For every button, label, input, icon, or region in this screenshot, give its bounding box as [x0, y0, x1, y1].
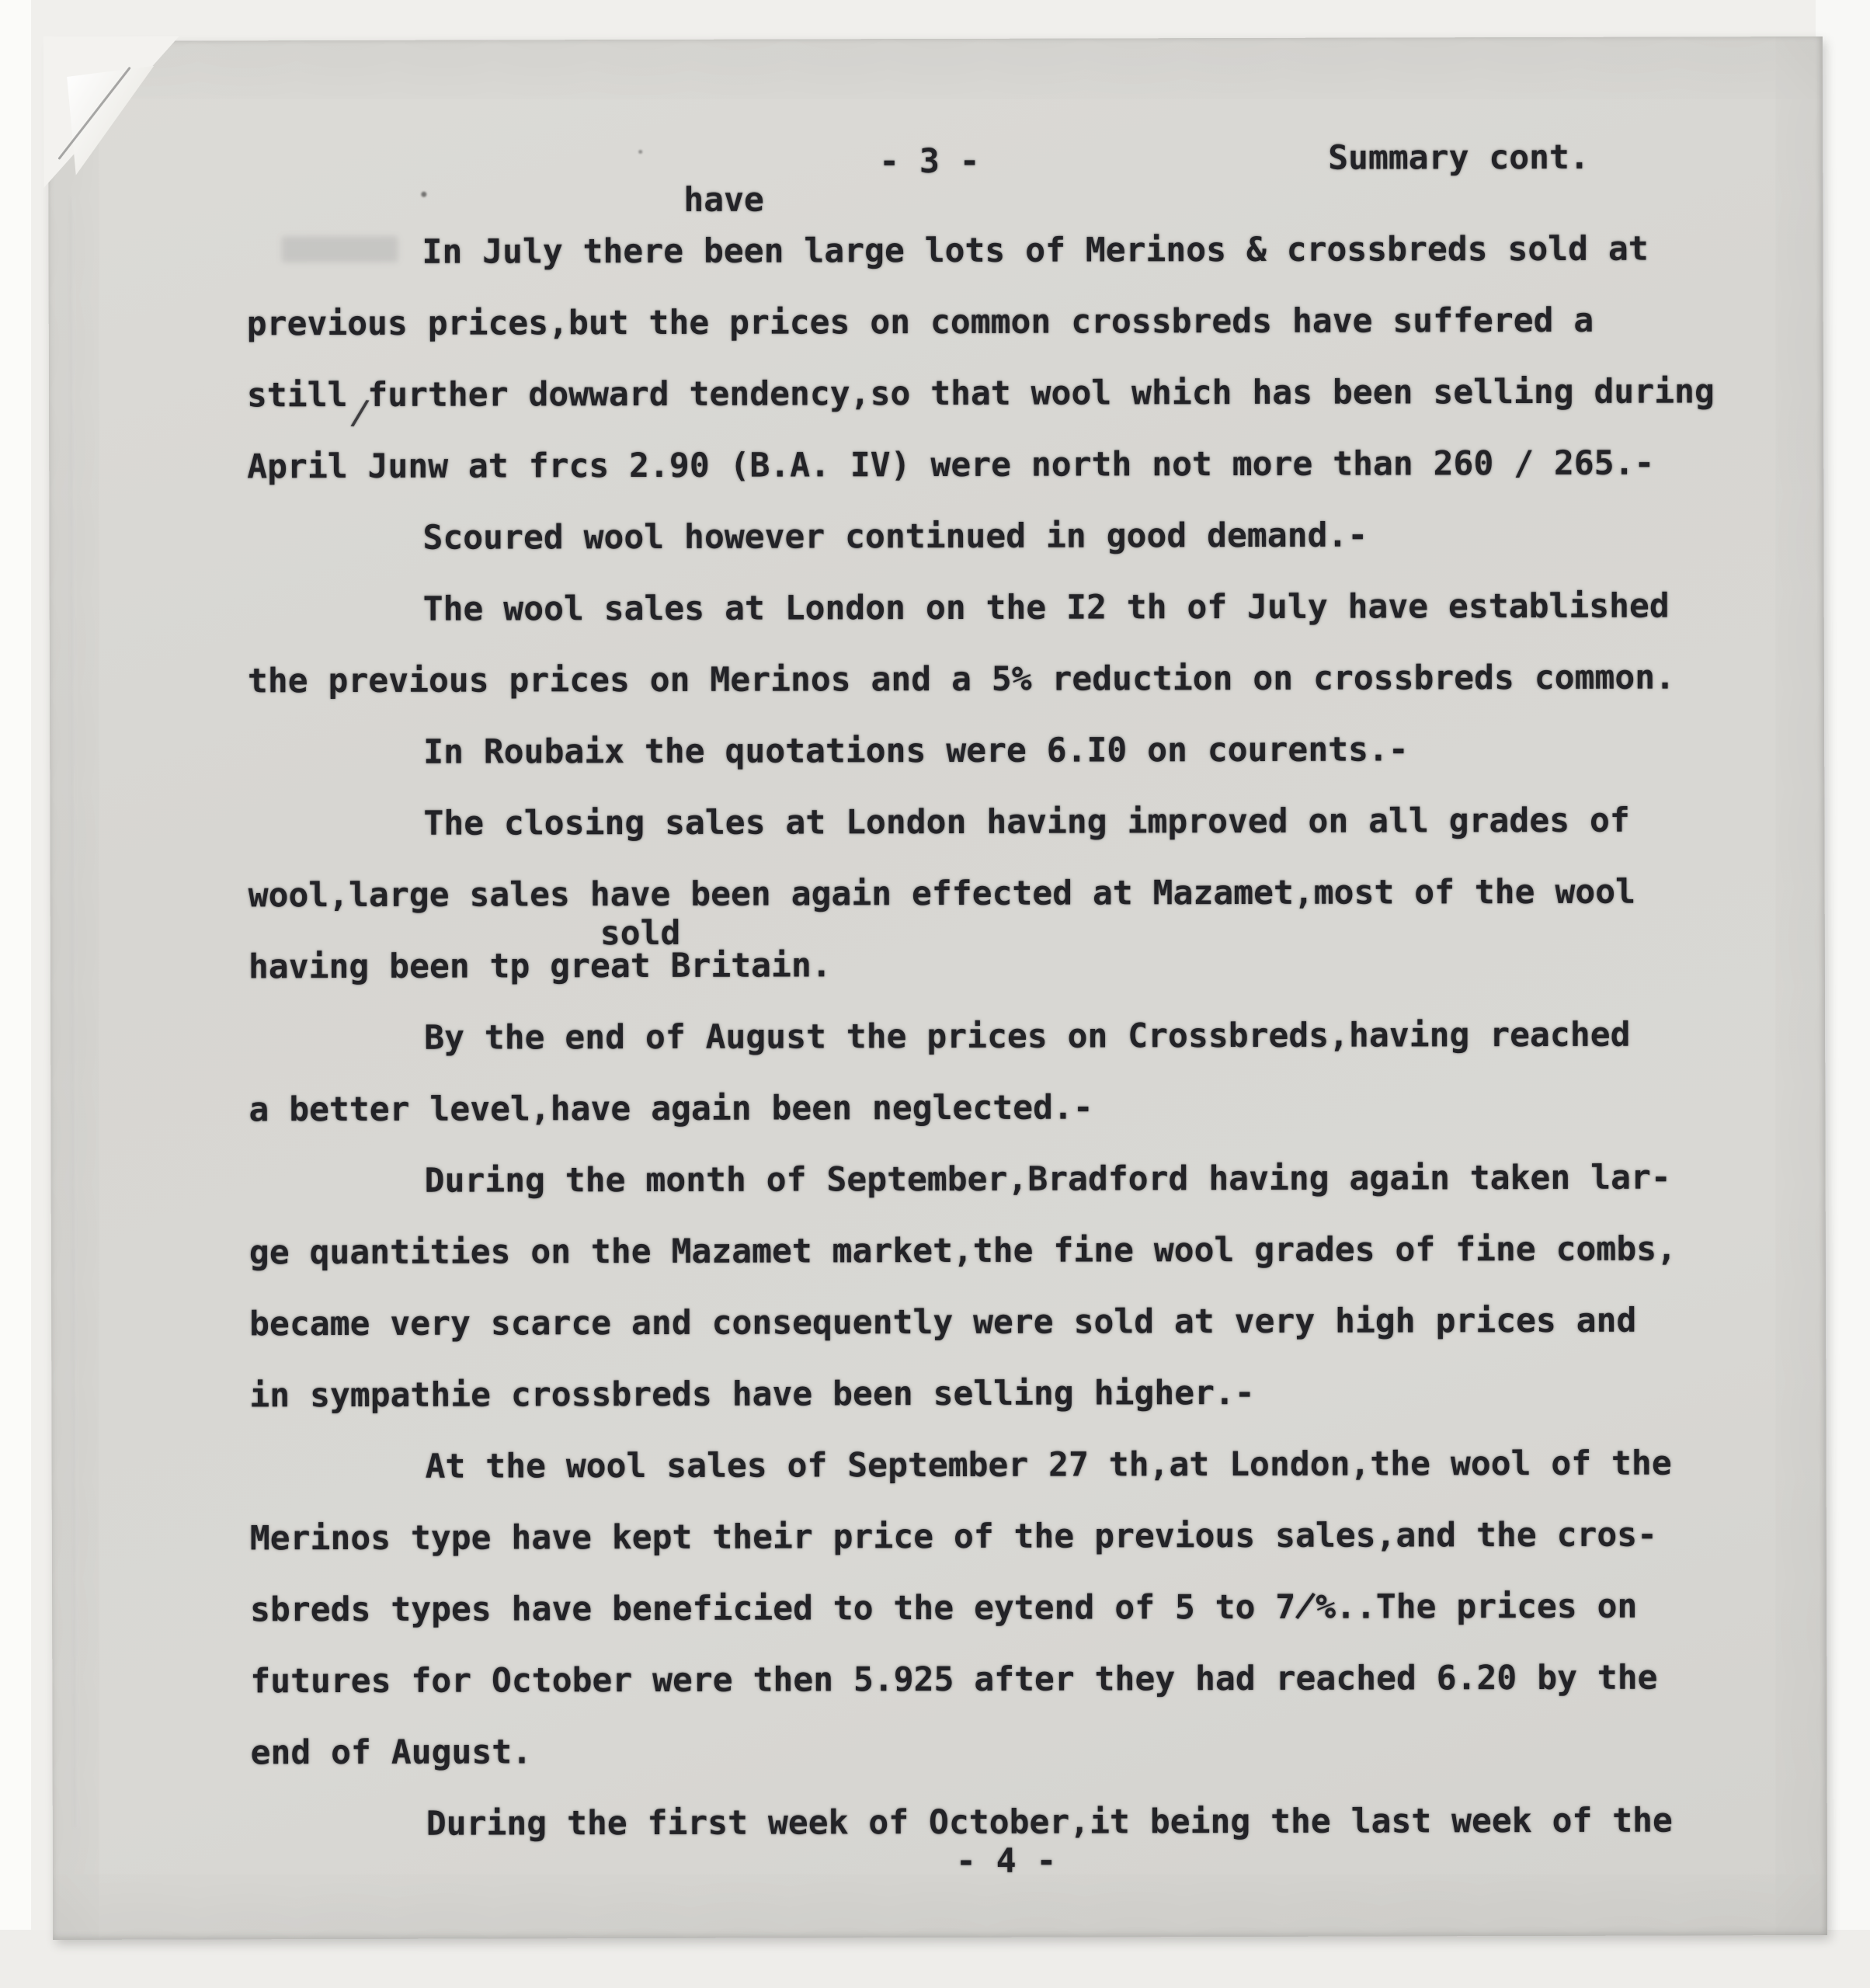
text-line: having been tp great Britain.: [249, 927, 1778, 1003]
text-line: At the wool sales of September 27 th,at …: [249, 1427, 1779, 1503]
text-line: futures for October were then 5.925 afte…: [250, 1642, 1780, 1717]
text-line: Scoured wool however continued in good d…: [247, 499, 1777, 574]
ink-speck: [638, 150, 642, 154]
text-line: sbreds types have beneficied to the eyte…: [250, 1570, 1780, 1646]
text-line: the previous prices on Merinos and a 5% …: [248, 641, 1778, 717]
text-line: The closing sales at London having impro…: [248, 784, 1778, 860]
paper-wrinkle: [70, 196, 77, 1827]
text-line: ge quantities on the Mazamet market,the …: [249, 1213, 1779, 1288]
text-line: in sympathie crossbreds have been sellin…: [249, 1356, 1779, 1431]
text-line: April Junw at frcs 2.90 (B.A. IV) were n…: [247, 427, 1777, 502]
ink-speck: [421, 192, 426, 197]
text-line: In July there been large lots of Merinos…: [246, 213, 1776, 288]
text-line: The wool sales at London on the I2 th of…: [248, 570, 1778, 645]
section-title: Summary cont.: [1328, 138, 1590, 178]
text-line: Merinos type have kept their price of th…: [250, 1499, 1780, 1574]
inserted-word-have: have: [683, 181, 764, 220]
scan-background: - 3 - Summary cont. have sold / In July …: [0, 0, 1870, 1988]
scan-edge-left: [0, 0, 31, 1988]
text-line: end of August.: [250, 1713, 1780, 1788]
page-number-bottom: - 4 -: [956, 1842, 1057, 1881]
text-line: previous prices,but the prices on common…: [247, 284, 1777, 360]
text-line: wool,large sales have been again effecte…: [249, 856, 1778, 931]
text-line: By the end of August the prices on Cross…: [249, 999, 1778, 1074]
document-page: - 3 - Summary cont. have sold / In July …: [48, 36, 1827, 1940]
text-line: became very scarce and consequently were…: [249, 1284, 1779, 1360]
text-line: In Roubaix the quotations were 6.I0 on c…: [248, 713, 1778, 788]
text-line: a better level,have again been neglected…: [249, 1070, 1778, 1145]
typed-text-body: In July there been large lots of Merinos…: [246, 213, 1781, 1860]
text-line: still further dowward tendency,so that w…: [247, 356, 1777, 431]
page-number-top: - 3 -: [879, 142, 980, 181]
text-line: During the month of September,Bradford h…: [249, 1142, 1779, 1217]
folded-corner: [64, 66, 159, 176]
